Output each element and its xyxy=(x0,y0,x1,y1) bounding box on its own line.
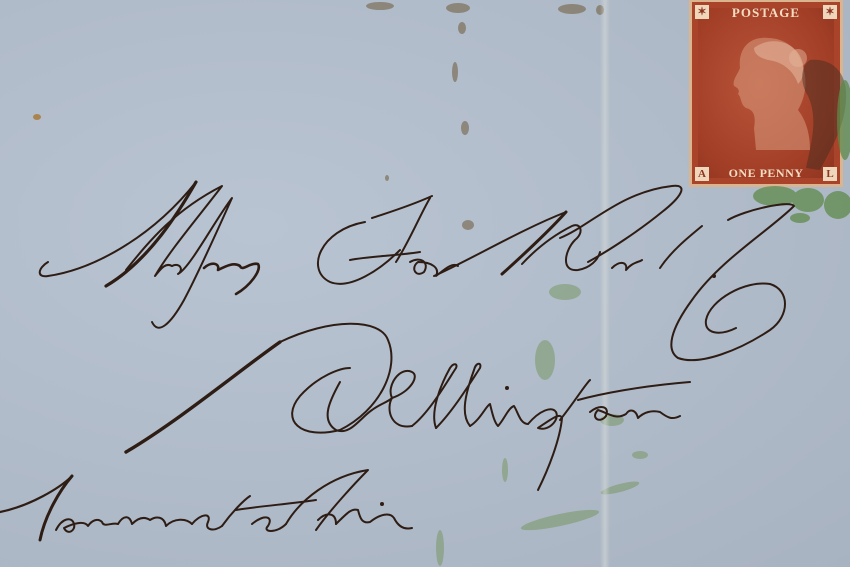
address-line-1-bros-co-ink xyxy=(434,186,794,360)
address-line-3-ink xyxy=(0,470,412,540)
address-line-1-ink xyxy=(40,182,259,328)
postal-cover: ✶ ✶ A L POSTAGE ONE PENNY xyxy=(0,0,850,567)
address-line-1-fox-ink xyxy=(318,196,458,284)
address-line-2-ink xyxy=(126,324,690,490)
handwritten-address xyxy=(0,0,850,567)
